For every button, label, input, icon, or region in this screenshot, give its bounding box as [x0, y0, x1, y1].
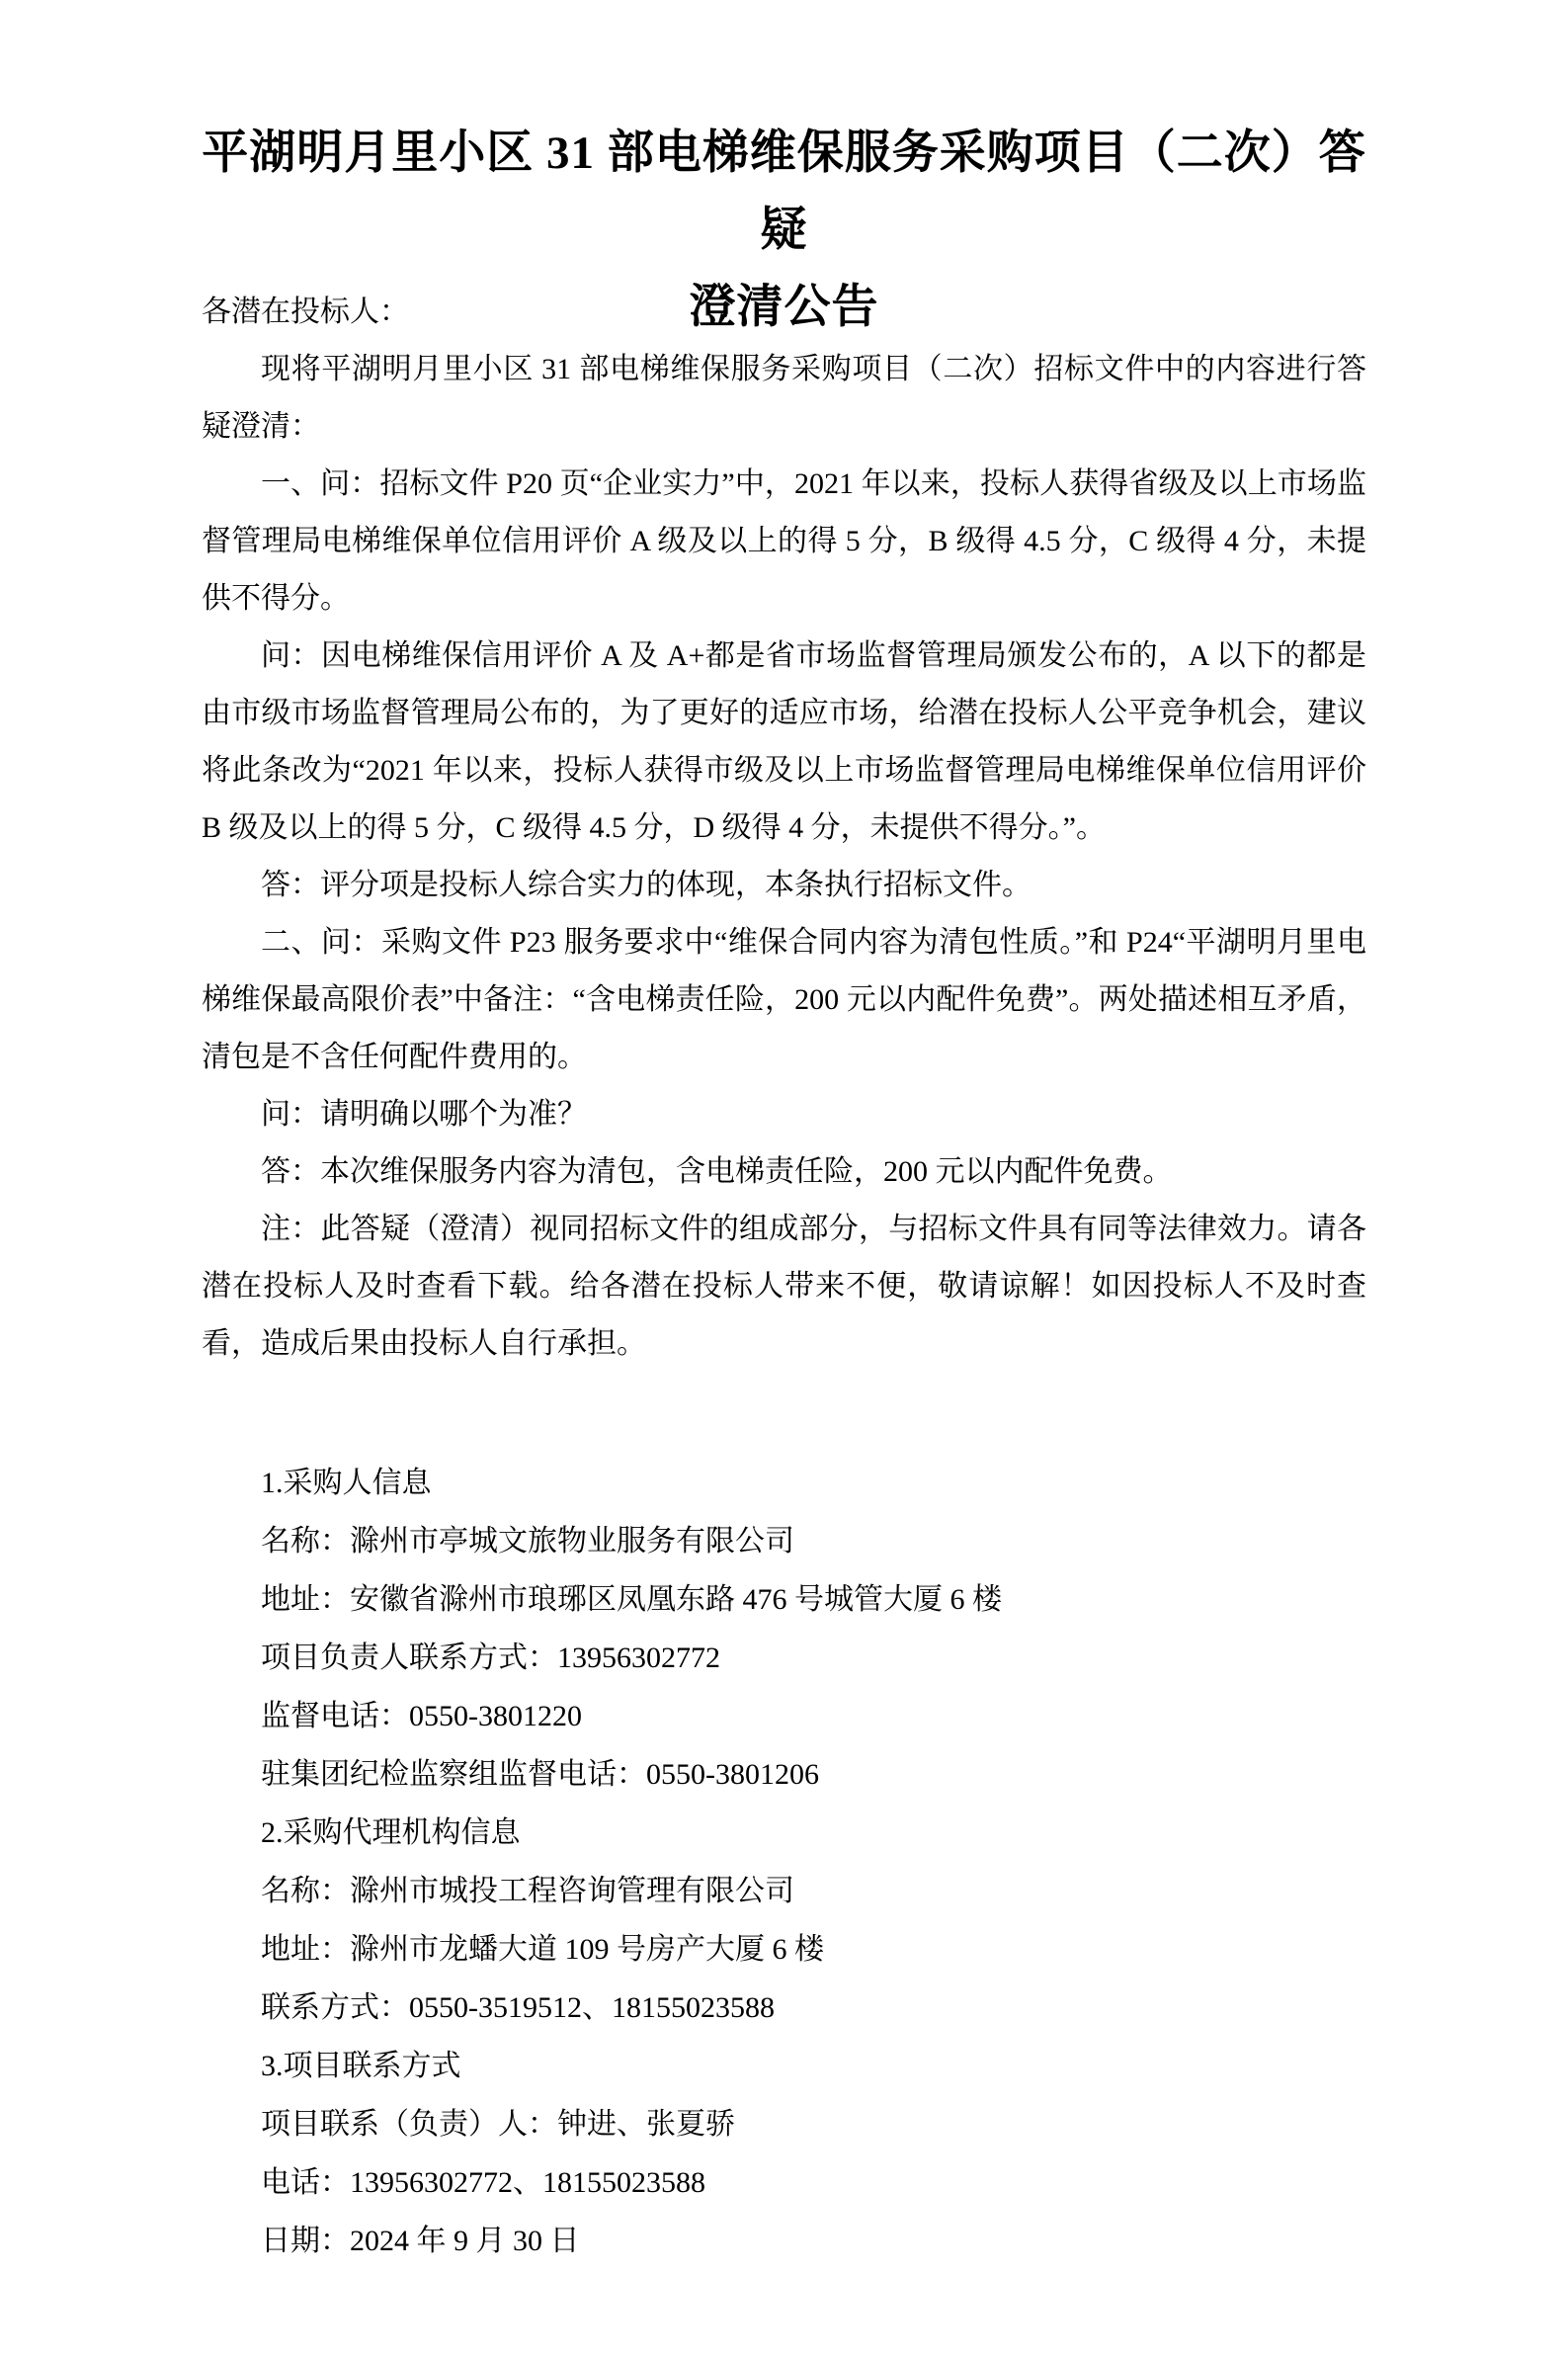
group-discipline-phone-line: 驻集团纪检监察组监督电话：0550-3801206: [202, 1745, 1366, 1804]
project-contact-phone-line: 电话：13956302772、18155023588: [202, 2153, 1366, 2212]
agency-contact-line: 联系方式：0550-3519512、18155023588: [202, 1979, 1366, 2037]
q1-answer-paragraph: 答：评分项是投标人综合实力的体现，本条执行招标文件。: [202, 857, 1366, 914]
q2-clarify-question-paragraph: 问：请明确以哪个为准？: [202, 1086, 1366, 1143]
agency-info-heading: 2.采购代理机构信息: [202, 1804, 1366, 1862]
buyer-info-heading: 1.采购人信息: [202, 1454, 1366, 1512]
buyer-name-line: 名称：滁州市亭城文旅物业服务有限公司: [202, 1512, 1366, 1570]
note-paragraph: 注：此答疑（澄清）视同招标文件的组成部分，与招标文件具有同等法律效力。请各潜在投…: [202, 1201, 1366, 1373]
project-contact-person-line: 项目联系（负责）人：钟进、张夏骄: [202, 2095, 1366, 2153]
q2-answer-paragraph: 答：本次维保服务内容为清包，含电梯责任险，200 元以内配件免费。: [202, 1143, 1366, 1201]
q1-suggestion-paragraph: 问：因电梯维保信用评价 A 及 A+都是省市场监督管理局颁发公布的，A 以下的都…: [202, 628, 1366, 857]
date-line: 日期：2024 年 9 月 30 日: [202, 2212, 1366, 2270]
document-title-line1: 平湖明月里小区 31 部电梯维保服务采购项目（二次）答疑: [202, 115, 1366, 269]
project-contact-heading: 3.项目联系方式: [202, 2037, 1366, 2095]
project-leader-contact-line: 项目负责人联系方式：13956302772: [202, 1629, 1366, 1687]
salutation: 各潜在投标人：: [202, 284, 1366, 341]
q1-question-paragraph: 一、问：招标文件 P20 页“企业实力”中，2021 年以来，投标人获得省级及以…: [202, 456, 1366, 628]
agency-name-line: 名称：滁州市城投工程咨询管理有限公司: [202, 1862, 1366, 1920]
document-page: 平湖明月里小区 31 部电梯维保服务采购项目（二次）答疑 澄清公告 各潜在投标人…: [0, 0, 1568, 2358]
supervision-phone-line: 监督电话：0550-3801220: [202, 1687, 1366, 1745]
buyer-address-line: 地址：安徽省滁州市琅琊区凤凰东路 476 号城管大厦 6 楼: [202, 1570, 1366, 1629]
intro-paragraph: 现将平湖明月里小区 31 部电梯维保服务采购项目（二次）招标文件中的内容进行答疑…: [202, 341, 1366, 456]
agency-address-line: 地址：滁州市龙蟠大道 109 号房产大厦 6 楼: [202, 1920, 1366, 1979]
q2-question-paragraph: 二、问：采购文件 P23 服务要求中“维保合同内容为清包性质。”和 P24“平湖…: [202, 914, 1366, 1086]
document-body: 各潜在投标人： 现将平湖明月里小区 31 部电梯维保服务采购项目（二次）招标文件…: [202, 284, 1366, 2270]
